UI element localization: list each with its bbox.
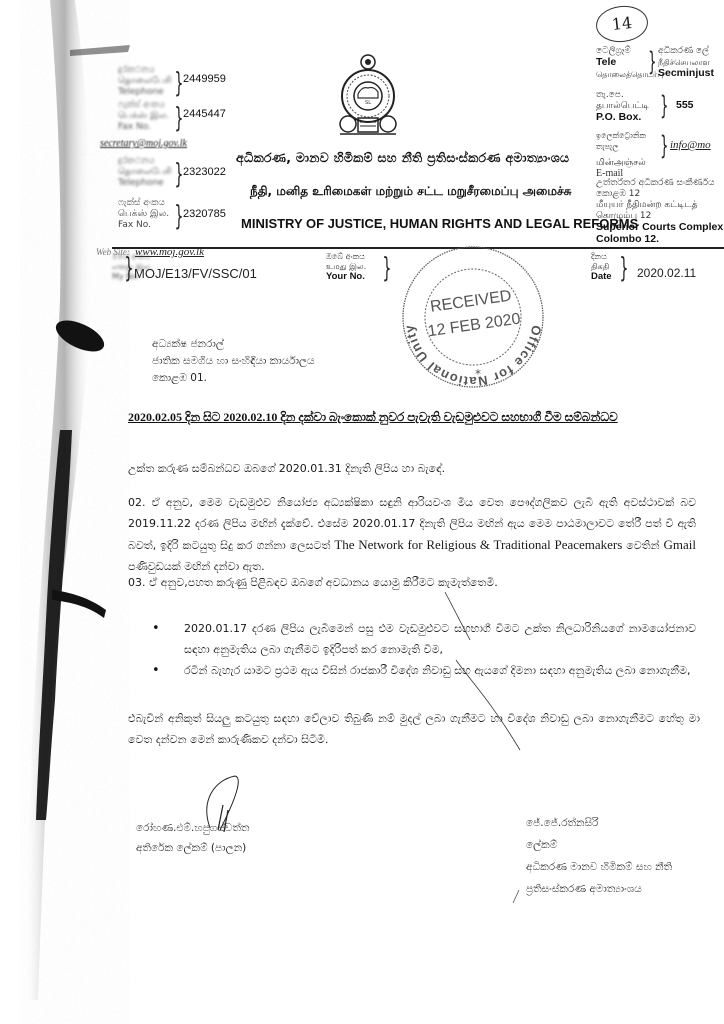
signature-left: රෝහණ.එම්.හපුගස්වත්ත අතිරේක ලේකම් (පාලන): [136, 818, 249, 858]
signatory-title: ලේකම්: [526, 834, 672, 856]
signatory-org: ප්‍රතිසංස්කරණ අමාත්‍යාංශය: [526, 878, 672, 900]
signatory-name: ජේ.ජේ.රත්නසිරි: [526, 812, 672, 834]
signatory-name: රෝහණ.එම්.හපුගස්වත්ත: [136, 818, 249, 838]
signatory-org: අධිකරණ මානව හිමිකම් සහ නීති: [526, 856, 672, 878]
signature-right: ජේ.ජේ.රත්නසිරි ලේකම් අධිකරණ මානව හිමිකම්…: [526, 812, 672, 900]
signatory-title: අතිරේක ලේකම් (පාලන): [136, 838, 249, 858]
